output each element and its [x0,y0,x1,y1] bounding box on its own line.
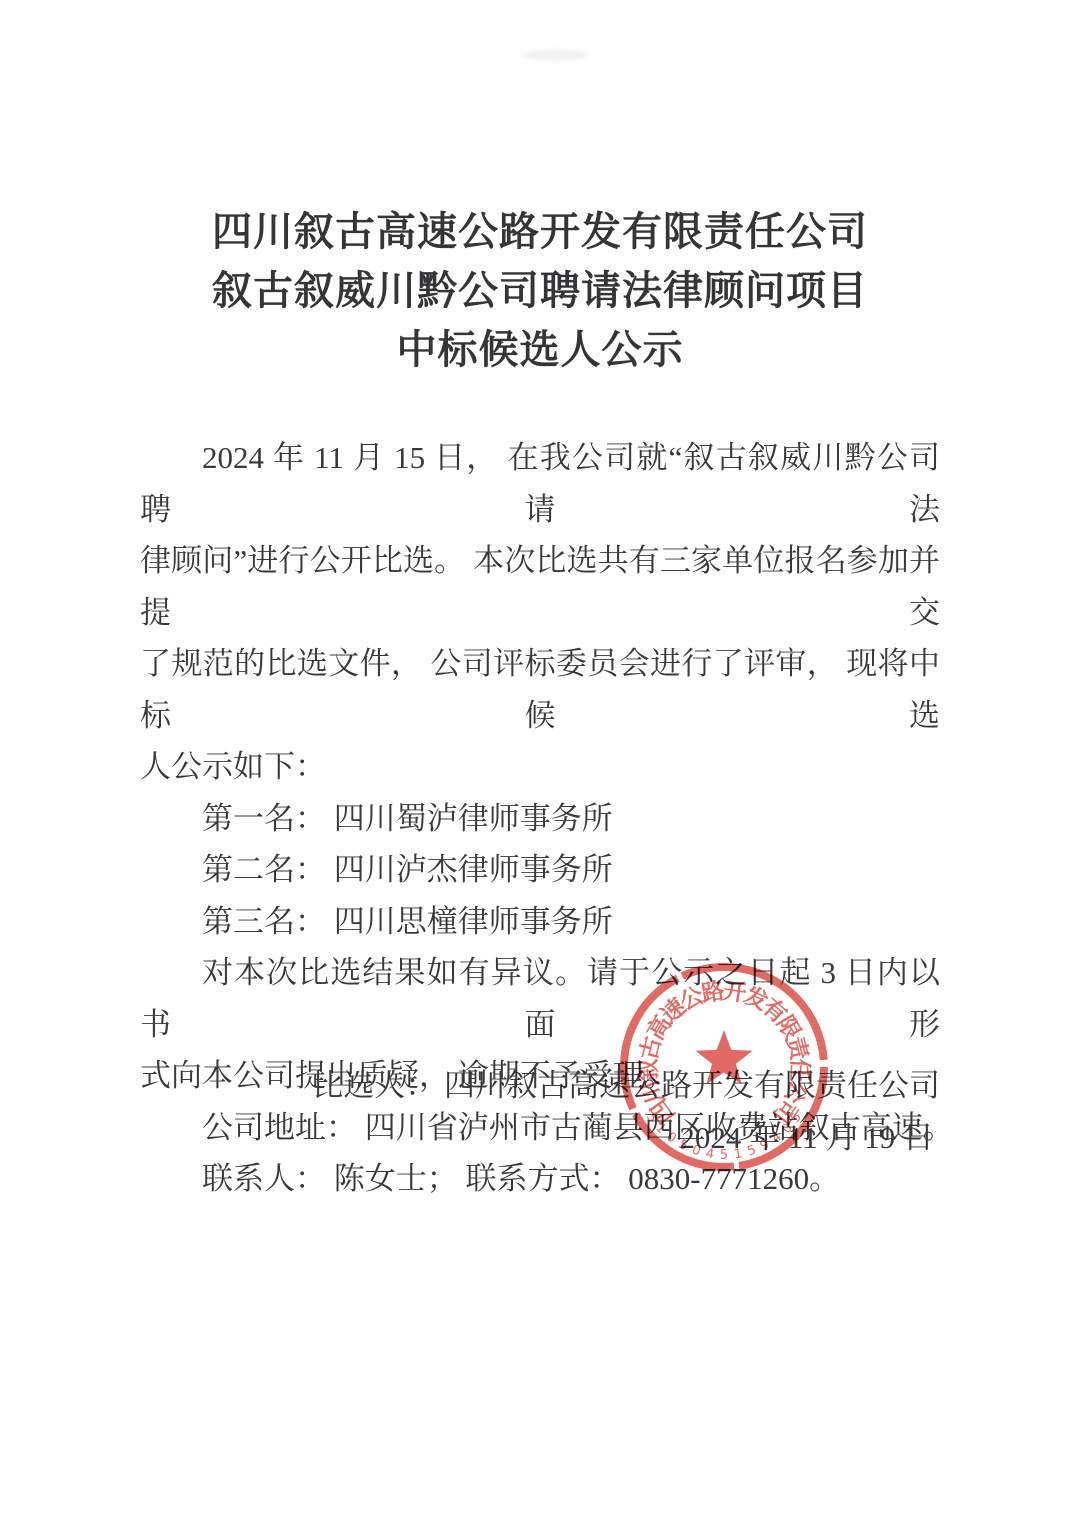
body-line: 人公示如下： [140,741,940,793]
title-line-2: 叙古叙威川黔公司聘请法律顾问项目 [0,261,1080,320]
title-line-1: 四川叙古高速公路开发有限责任公司 [0,202,1080,261]
signature-block: 比选人： 四川叙古高速公路开发有限责任公司 2024 年 11 月 19 日 [140,1060,940,1164]
body-line: 2024 年 11 月 15 日， 在我公司就“叙古叙威川黔公司聘请法 [140,432,940,535]
body-line: 律顾问”进行公开比选。 本次比选共有三家单位报名参加并提交 [140,535,940,638]
body-line: 对本次比选结果如有异议。请于公示之日起 3 日内以书面形 [140,947,940,1050]
body-line: 第二名： 四川泸杰律师事务所 [140,844,940,896]
document-page: 四川叙古高速公路开发有限责任公司 叙古叙威川黔公司聘请法律顾问项目 中标候选人公… [0,0,1080,1527]
body-line: 了规范的比选文件， 公司评标委员会进行了评审， 现将中标候选 [140,638,940,741]
document-title: 四川叙古高速公路开发有限责任公司 叙古叙威川黔公司聘请法律顾问项目 中标候选人公… [0,202,1080,379]
title-line-3: 中标候选人公示 [0,320,1080,379]
bid-selector-line: 比选人： 四川叙古高速公路开发有限责任公司 [140,1060,940,1112]
body-line: 第三名： 四川思橦律师事务所 [140,896,940,948]
scan-artifact [520,50,590,60]
body-line: 第一名： 四川蜀泸律师事务所 [140,793,940,845]
signature-date: 2024 年 11 月 19 日 [140,1112,940,1164]
